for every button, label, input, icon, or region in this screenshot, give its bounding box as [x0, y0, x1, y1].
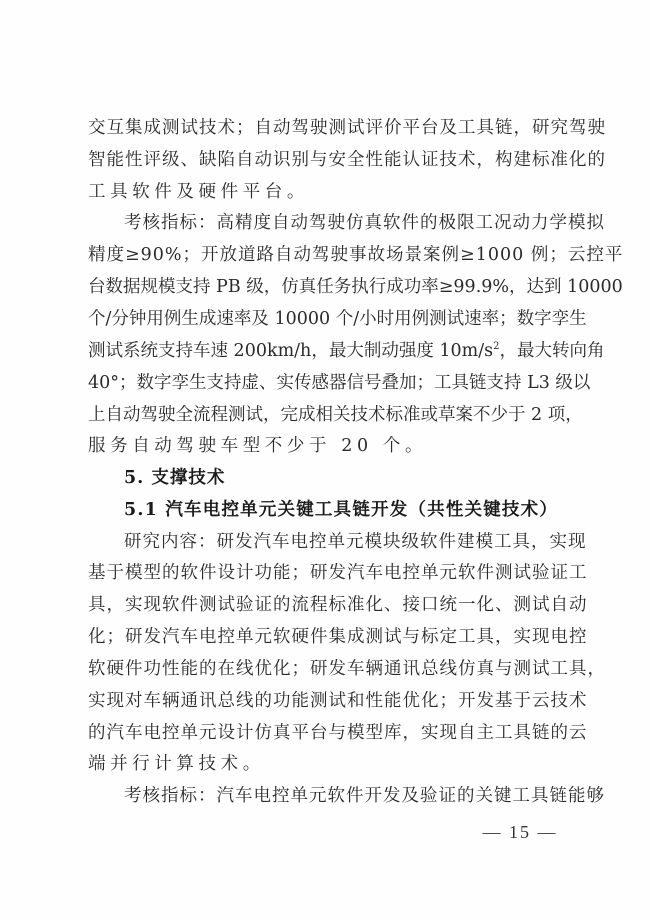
body-text-line: 的汽车电控单元设计仿真平台与模型库，实现自主工具链的云 [88, 718, 564, 748]
body-text-line: 个/分钟用例生成速率及 10000 个/小时用例测试速率；数字孪生 [88, 304, 564, 334]
line-text: 测试系统支持车速 200km/h，最大制动强度 10m/s [88, 341, 493, 361]
body-text-line: 服务自动驾驶车型不少于 20 个。 [88, 431, 564, 461]
body-text-line: 精度≥90%；开放道路自动驾驶事故场景案例≥1000 例；云控平 [88, 240, 564, 270]
section-heading: 5. 支撑技术 [124, 463, 564, 493]
body-text-line: 交互集成测试技术；自动驾驶测试评价平台及工具链，研究驾驶 [88, 113, 564, 143]
body-text-line: 实现对车辆通讯总线的功能测试和性能优化；开发基于云技术 [88, 686, 564, 716]
body-text-line: 40°；数字孪生支持虚、实传感器信号叠加；工具链支持 L3 级以 [88, 368, 564, 398]
line-text-tail: ，最大转向角 [500, 341, 605, 361]
body-text-line: 基于模型的软件设计功能；研发汽车电控单元软件测试验证工 [88, 558, 564, 588]
body-text-line: 工具软件及硬件平台。 [88, 177, 564, 207]
body-text-line: 智能性评级、缺陷自动识别与安全性能认证技术，构建标准化的 [88, 145, 564, 175]
body-text-line: 具，实现软件测试验证的流程标准化、接口统一化、测试自动 [88, 590, 564, 620]
body-text-line: 考核指标：汽车电控单元软件开发及验证的关键工具链能够 [124, 781, 564, 811]
body-text-line: 端并行计算技术。 [88, 749, 564, 779]
body-text-line: 研究内容：研发汽车电控单元模块级软件建模工具，实现 [124, 527, 564, 557]
subsection-heading: 5.1 汽车电控单元关键工具链开发（共性关键技术） [124, 495, 564, 525]
body-text-line: 上自动驾驶全流程测试，完成相关技术标准或草案不少于 2 项， [88, 400, 564, 430]
body-text-line: 化；研发汽车电控单元软硬件集成测试与标定工具，实现电控 [88, 622, 564, 652]
page-number: — 15 — [470, 818, 570, 846]
body-text-line: 软硬件功性能的在线优化；研发车辆通讯总线仿真与测试工具， [88, 654, 564, 684]
body-text-line: 测试系统支持车速 200km/h，最大制动强度 10m/s2，最大转向角 [88, 336, 564, 366]
document-page: 交互集成测试技术；自动驾驶测试评价平台及工具链，研究驾驶 智能性评级、缺陷自动识… [0, 0, 650, 920]
body-text-line: 台数据规模支持 PB 级，仿真任务执行成功率≥99.9%，达到 10000 [88, 272, 564, 302]
body-text-line: 考核指标：高精度自动驾驶仿真软件的极限工况动力学模拟 [124, 208, 564, 238]
